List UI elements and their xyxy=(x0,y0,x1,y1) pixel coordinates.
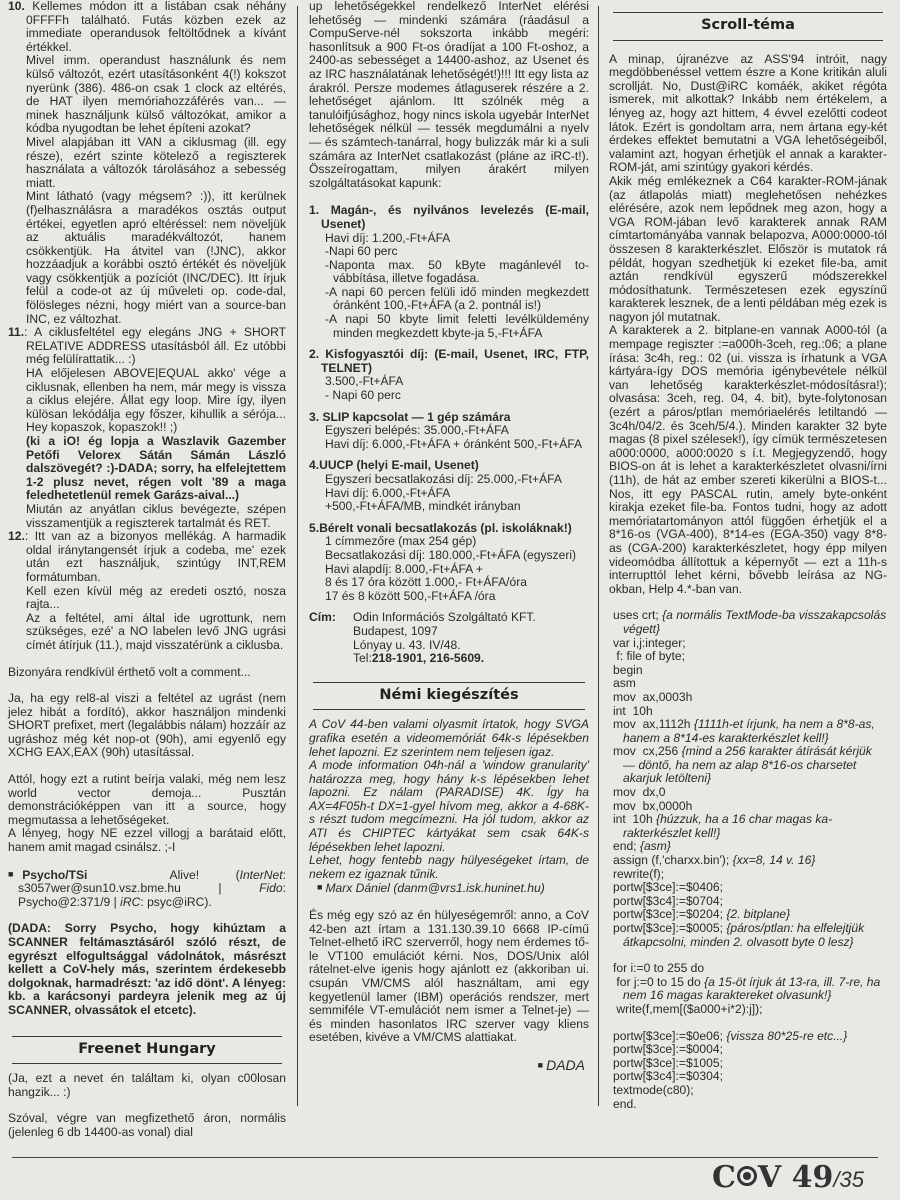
internet-address: s3057wer@sun10.vsz.bme.hu xyxy=(18,881,181,895)
service-line: Havi díj: 6.000,-Ft+ÁFA + óránként 500,-… xyxy=(309,438,589,452)
code-line: begin xyxy=(609,664,887,678)
service-line: Egyszeri belépés: 35.000,-Ft+ÁFA xyxy=(309,424,589,438)
fido-label: Fido xyxy=(259,881,283,895)
irc-note-paragraph: És még egy szó az én hülyeségemről: anno… xyxy=(309,909,589,1045)
code-text: portw[$3ce]:=$0e06; xyxy=(613,1029,723,1043)
eye-icon xyxy=(737,1166,757,1186)
note-item-12: 12.: Itt van az a bizonyos mellékág. A h… xyxy=(8,530,286,584)
supplement-author: Marx Dániel (danm@vrs1.isk.huninet.hu) xyxy=(325,881,544,895)
code-line: f: file of byte; xyxy=(609,650,887,664)
irc-label: iRC xyxy=(120,895,140,909)
footer-rule xyxy=(12,1157,878,1158)
code-text: portw[$3ce]:=$1005; xyxy=(613,1056,723,1070)
service-line: 3.500,-Ft+ÁFA xyxy=(309,375,589,389)
supplement-signature: ■Marx Dániel (danm@vrs1.isk.huninet.hu) xyxy=(309,881,589,896)
code-text: rewrite(f); xyxy=(613,867,664,881)
code-line: portw[$3ce]:=$0005; {páros/ptlan: ha el­… xyxy=(609,922,887,949)
code-line: mov ax,1112h {1111h-et írjunk, ha nem a … xyxy=(609,718,887,745)
closing-paragraph: A lényeg, hogy NE ezzel villogj a baráta… xyxy=(8,827,286,854)
code-text: for i:=0 to 255 do xyxy=(613,961,704,975)
code-text: mov cx,256 xyxy=(613,744,678,758)
logo-v: V xyxy=(758,1160,781,1195)
column-right: Scroll-téma A minap, újranézve az ASS'94… xyxy=(609,0,887,1110)
code-line: portw[$3ce]:=$0e06; {vissza 80*25-re etc… xyxy=(609,1030,887,1044)
code-text: mov bx,0000h xyxy=(613,799,692,813)
note-paragraph: Kell ezen kívül még az eredeti osztó, no… xyxy=(8,585,286,612)
service-title: 1. Magán-, és nyilvános levelezés (E-mai… xyxy=(309,204,589,231)
service-item: 1. Magán-, és nyilvános levelezés (E-mai… xyxy=(309,204,589,340)
page-number: /35 xyxy=(833,1167,864,1192)
code-comment: {asm} xyxy=(640,839,671,853)
article-signature: ■DADA xyxy=(309,1059,589,1073)
note-item-10: 10. Kellemes módon itt a listában csak n… xyxy=(8,0,286,54)
note-paragraph: HA előjelesen ABOVE|EQUAL akko' vé­ge a … xyxy=(8,367,286,435)
code-line: portw[$3ce]:=$1005; xyxy=(609,1057,887,1071)
column-middle: up lehetőségekkel rendelkező InterNet el… xyxy=(309,0,589,1110)
code-text: end. xyxy=(613,1097,637,1111)
column-divider xyxy=(297,6,298,1106)
code-line: portw[$3ce]:=$0204; {2. bitplane} xyxy=(609,908,887,922)
scroll-paragraph: A minap, újranézve az ASS'94 intróit, na… xyxy=(609,53,887,175)
code-text: textmode(c80); xyxy=(613,1083,694,1097)
code-line: assign (f,'charxx.bin'); {xx=8, 14 v. 16… xyxy=(609,854,887,868)
code-line: textmode(c80); xyxy=(609,1084,887,1098)
service-item: 2. Kisfogyasztói díj: (E-mail, Usenet, I… xyxy=(309,348,589,402)
address-label: Cím: xyxy=(309,611,353,665)
code-text: begin xyxy=(613,663,643,677)
service-title: 5.Bérelt vonali becsatlakozás (pl. iskol… xyxy=(309,522,589,536)
code-line: portw[$3ce]:=$0004; xyxy=(609,1043,887,1057)
code-text: mov ax,0003h xyxy=(613,690,692,704)
code-line: portw[$3c4]:=$0304; xyxy=(609,1070,887,1084)
address-block: Cím: Odin Információs Szolgáltató KFT. B… xyxy=(309,611,589,665)
note-paragraph: Mint látható (vagy mégsem? :)), itt ke­r… xyxy=(8,190,286,326)
fido-address: Psycho@2:371/9 xyxy=(18,895,110,909)
code-text: int 10h xyxy=(613,812,653,826)
code-text: var i,j:integer; xyxy=(613,636,686,650)
service-line: 8 és 17 óra között 1.000,- Ft+ÁFA/óra xyxy=(309,576,589,590)
phone-numbers: 218-1901, 216-5609. xyxy=(372,651,484,665)
code-line: mov ax,0003h xyxy=(609,691,887,705)
service-item: 3. SLIP kapcsolat — 1 gép számáraEgyszer… xyxy=(309,411,589,452)
service-line: -A napi 50 kbyte limit feletti levélkül­… xyxy=(309,313,589,340)
address-line: Odin Információs Szolgáltató KFT. xyxy=(353,611,589,625)
note-number: 11. xyxy=(8,325,24,339)
code-line: for j:=0 to 15 do {a 15-öt írjuk át 13-r… xyxy=(609,976,887,1003)
note-paragraph: (ki a iO! ég lopja a Waszlavik Gazember … xyxy=(8,435,286,503)
code-line: portw[$3c4]:=$0704; xyxy=(609,895,887,909)
service-line: - Napi 60 perc xyxy=(309,389,589,403)
service-line: -Naponta max. 50 kByte magánlevél to­váb… xyxy=(309,259,589,286)
service-line: -A napi 60 percen felüli idő minden meg­… xyxy=(309,286,589,313)
code-comment: {xx=8, 14 v. 16} xyxy=(733,853,816,867)
author-signature: ■Psycho/TSi Alive! (InterNet: s3057wer@s… xyxy=(8,868,286,910)
scroll-paragraph: Akik még emlékeznek a C64 karakter-ROM-j… xyxy=(609,175,887,325)
code-line: for i:=0 to 255 do xyxy=(609,962,887,976)
service-item: 5.Bérelt vonali becsatlakozás (pl. iskol… xyxy=(309,522,589,604)
section-title-freenet: Freenet Hungary xyxy=(12,1036,282,1065)
editor-note: (DADA: Sorry Psycho, hogy kihúztam a SCA… xyxy=(8,922,286,1017)
note-number: 10. xyxy=(8,0,25,13)
column-left: 10. Kellemes módon itt a listában csak n… xyxy=(8,0,286,1110)
address-line: Lónyay u. 43. IV/48. xyxy=(353,639,589,653)
section-title-supplement: Némi kiegészítés xyxy=(313,682,585,711)
code-text: write(f,mem[($a000+i*2):j]); xyxy=(613,1002,763,1016)
service-line: 1 címmezőre (max 254 gép) xyxy=(309,535,589,549)
note-item-11: 11.: A ciklusfeltétel egy elegáns JNG + … xyxy=(8,326,286,367)
code-line: mov dx,0 xyxy=(609,786,887,800)
code-text: int 10h xyxy=(613,704,653,718)
service-line: 17 és 8 között 500,-Ft+ÁFA /óra xyxy=(309,590,589,604)
code-line: uses crt; {a normális TextMode-ba vissza… xyxy=(609,609,887,636)
note-paragraph: : Itt van az a bizonyos mellékág. A har­… xyxy=(25,529,286,584)
freenet-paragraph: up lehetőségekkel rendelkező InterNet el… xyxy=(309,0,589,190)
note-paragraph: Mivel alapjában itt VAN a ciklusmag (ill… xyxy=(8,136,286,190)
note-paragraph: Miután az anyátlan ciklus bevégezte, szé… xyxy=(8,503,286,530)
author-status: Alive! xyxy=(170,868,200,882)
internet-label: InterNet xyxy=(240,868,283,882)
code-comment: {húzzuk, ha a 16 char magas ka­rakterkés… xyxy=(623,812,832,840)
address-line: Budapest, 1097 xyxy=(353,625,589,639)
code-line: write(f,mem[($a000+i*2):j]); xyxy=(609,1003,887,1017)
code-text: portw[$3ce]:=$0004; xyxy=(613,1042,723,1056)
code-text: end; xyxy=(613,839,637,853)
code-text: mov ax,1112h xyxy=(613,717,691,731)
closing-paragraph: Attól, hogy ezt a rutint beírja valaki, … xyxy=(8,773,286,827)
pascal-code-listing: uses crt; {a normális TextMode-ba vissza… xyxy=(609,609,887,1111)
code-text: assign (f,'charxx.bin'); xyxy=(613,853,729,867)
phone-line: Tel:218-1901, 216-5609. xyxy=(353,652,589,666)
code-line: int 10h xyxy=(609,705,887,719)
code-text: mov dx,0 xyxy=(613,785,665,799)
code-text: portw[$3ce]:=$0204; xyxy=(613,907,723,921)
logo-c: C xyxy=(712,1160,736,1195)
freenet-intro: (Ja, ezt a nevet én találtam ki, olyan c… xyxy=(8,1072,286,1099)
supplement-paragraph: A mode information 04h-nál a 'window gra… xyxy=(309,759,589,854)
bullet-icon: ■ xyxy=(538,1060,543,1070)
magazine-page: 10. Kellemes módon itt a listában csak n… xyxy=(0,0,900,1200)
note-number: 12. xyxy=(8,529,25,543)
page-footer: CV 49/35 xyxy=(712,1160,864,1195)
service-line: -Napi 60 perc xyxy=(309,245,589,259)
supplement-paragraph: A CoV 44-ben valami olyasmit írtatok, ho… xyxy=(309,718,589,759)
section-title-scroll: Scroll-téma xyxy=(613,12,883,41)
note-paragraph: : A ciklusfeltétel egy elegáns JNG + SHO… xyxy=(24,325,286,366)
code-text: uses crt; xyxy=(613,608,659,622)
service-line: Havi díj: 1.200,-Ft+ÁFA xyxy=(309,232,589,246)
code-comment: {a normális TextMode-ba visszakapcsolás … xyxy=(623,608,886,636)
service-line: Egyszeri becsatlakozási díj: 25.000,-Ft+… xyxy=(309,473,589,487)
note-paragraph: Az a feltétel, ami által ide ugrottunk, … xyxy=(8,612,286,653)
code-line: portw[$3ce]:=$0406; xyxy=(609,881,887,895)
author-name: Psycho/TSi xyxy=(22,868,87,882)
code-line: end. xyxy=(609,1098,887,1112)
comment-paragraph: Bizonyára rendkívül érthető volt a comme… xyxy=(8,666,286,680)
issue-number: 49 xyxy=(792,1160,834,1195)
magazine-logo: CV xyxy=(712,1160,781,1195)
service-price-list: 1. Magán-, és nyilvános levelezés (E-mai… xyxy=(309,204,589,603)
column-divider xyxy=(598,6,599,1106)
code-line: mov cx,256 {mind a 256 karakter átírását… xyxy=(609,745,887,786)
code-line: int 10h {húzzuk, ha a 16 char magas ka­r… xyxy=(609,813,887,840)
code-text: portw[$3ce]:=$0406; xyxy=(613,880,723,894)
bullet-icon: ■ xyxy=(317,882,322,892)
code-comment: {vissza 80*25-re etc...} xyxy=(726,1029,847,1043)
code-text: portw[$3ce]:=$0005; xyxy=(613,921,723,935)
code-line: var i,j:integer; xyxy=(609,637,887,651)
service-title: 4.UUCP (helyi E-mail, Usenet) xyxy=(309,459,589,473)
irc-address: psyc@iRC xyxy=(147,895,204,909)
freenet-paragraph: Szóval, végre van megfizethető áron, nor… xyxy=(8,1112,286,1139)
rel8-paragraph: Ja, ha egy rel8-al viszi a feltétel az u… xyxy=(8,692,286,760)
service-line: +500,-Ft+ÁFA/MB, mindkét irányban xyxy=(309,500,589,514)
code-line: asm xyxy=(609,677,887,691)
code-comment: {2. bitplane} xyxy=(726,907,790,921)
signature-name: DADA xyxy=(546,1057,585,1073)
note-paragraph: Mivel imm. operandust használunk és nem … xyxy=(8,54,286,136)
supplement-paragraph: Lehet, hogy fentebb nagy hülyeségeket ír… xyxy=(309,854,589,881)
phone-label: Tel: xyxy=(353,651,372,665)
code-line: mov bx,0000h xyxy=(609,800,887,814)
service-item: 4.UUCP (helyi E-mail, Usenet)Egyszeri be… xyxy=(309,459,589,513)
code-text: portw[$3c4]:=$0704; xyxy=(613,894,723,908)
service-title: 2. Kisfogyasztói díj: (E-mail, Usenet, I… xyxy=(309,348,589,375)
service-line: Becsatlakozási díj: 180.000,-Ft+ÁFA (egy… xyxy=(309,549,589,563)
code-text: portw[$3c4]:=$0304; xyxy=(613,1069,723,1083)
note-paragraph: Kellemes módon itt a listában csak néhán… xyxy=(26,0,286,54)
code-text: f: file of byte; xyxy=(613,649,685,663)
code-text: for j:=0 to 15 do xyxy=(613,975,701,989)
code-line: end; {asm} xyxy=(609,840,887,854)
scroll-paragraph: A karakterek a 2. bitplane-en vannak A00… xyxy=(609,324,887,596)
bullet-icon: ■ xyxy=(8,869,19,879)
code-line: rewrite(f); xyxy=(609,868,887,882)
code-text: asm xyxy=(613,676,636,690)
